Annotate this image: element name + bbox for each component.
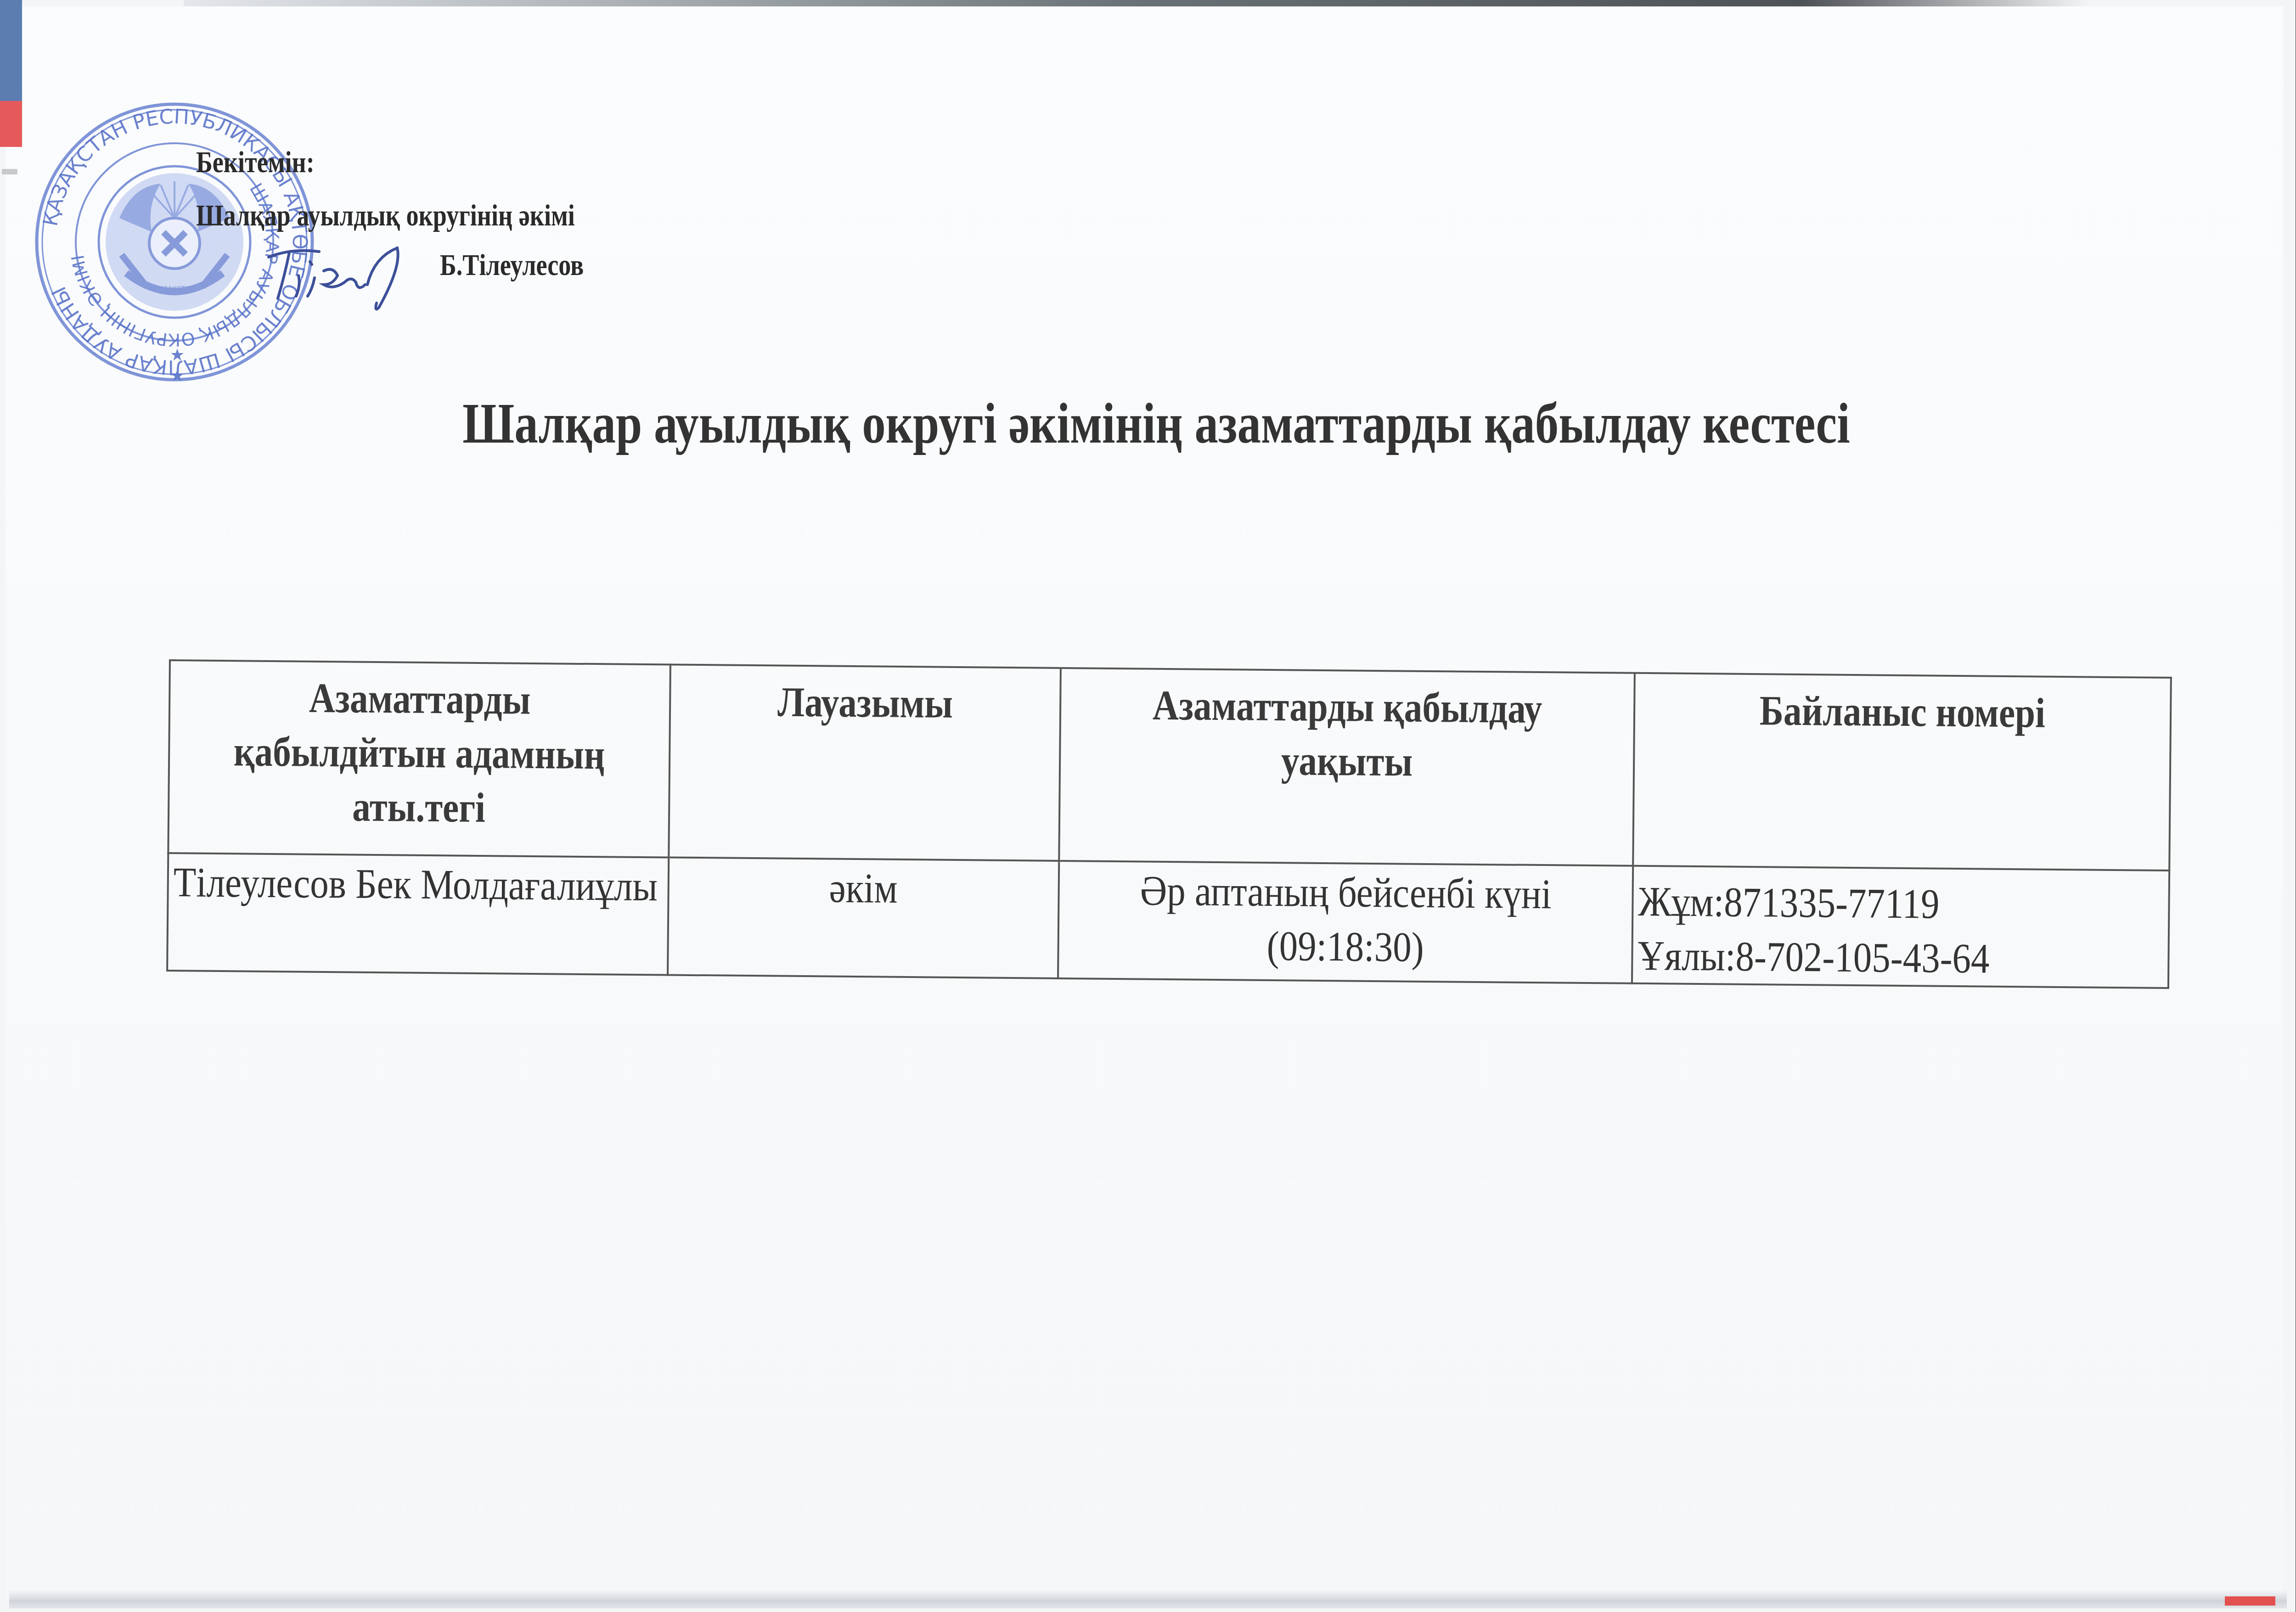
svg-text:★: ★ [170, 366, 185, 383]
svg-text:ҚАЗАҚСТАН: ҚАЗАҚСТАН [155, 285, 194, 292]
reception-day: Әр аптаның бейсенбі күні [1140, 867, 1552, 917]
reception-schedule-table: Азаматтарды қабылдйтын адамның аты.тегі … [166, 659, 2172, 989]
cell-contact: Жұм:871335-77119 Ұялы:8-702-105-43-64 [1632, 866, 2169, 988]
handwritten-signature [264, 239, 420, 312]
background-red-mark [2225, 1596, 2275, 1606]
page-title: Шалқар ауылдық округі әкімінің азаматтар… [199, 391, 2114, 456]
approval-position: Шалқар ауылдық округінің әкімі [196, 198, 575, 233]
table-header-row: Азаматтарды қабылдйтын адамның аты.тегі … [168, 660, 2171, 871]
page-top-shadow [184, 0, 2089, 6]
contact-work-phone: Жұм:871335-77119 [1638, 878, 1940, 927]
cell-reception-time: Әр аптаның бейсенбі күні (09:18:30) [1058, 861, 1633, 983]
table-row: Тілеулесов Бек Молдағалиұлы әкім Әр апта… [167, 853, 2169, 988]
header-reception-time: Азаматтарды қабылдау уақыты [1059, 668, 1635, 866]
cell-position: әкім [668, 858, 1059, 978]
header-position: Лауазымы [669, 665, 1061, 861]
flag-red-band [0, 101, 22, 147]
header-contact-number: Байланыс номері [1633, 673, 2171, 871]
background-flag-strip [0, 0, 22, 152]
cell-name: Тілеулесов Бек Молдағалиұлы [167, 853, 669, 975]
header-receiver-name: Азаматтарды қабылдйтын адамның аты.тегі [168, 660, 670, 857]
contact-mobile-phone: Ұялы:8-702-105-43-64 [1638, 932, 1990, 982]
reception-hours: (09:18:30) [1266, 922, 1424, 971]
page-bottom-edge [9, 1590, 2287, 1608]
signature-icon [264, 239, 420, 312]
background-mark [2, 169, 17, 174]
flag-blue-band [0, 0, 22, 101]
svg-text:★: ★ [170, 346, 185, 365]
approval-label: Бекітемін: [196, 145, 315, 180]
approval-signatory-name: Б.Тілеулесов [440, 248, 584, 283]
